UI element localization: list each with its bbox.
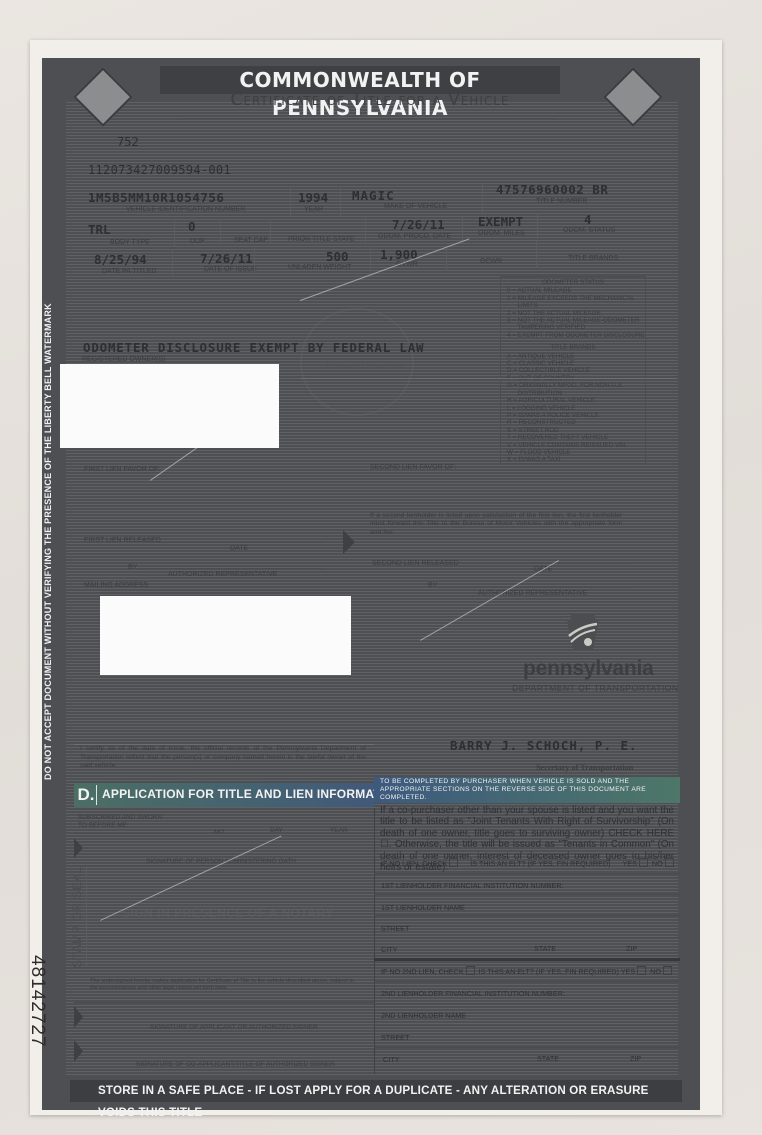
legend-item: A = ANTIQUE VEHICLE: [501, 353, 645, 360]
legend-item: L = LOGGING VEHICLE: [501, 405, 645, 412]
owner-name-redacted: [60, 364, 279, 448]
oath-signature-field[interactable]: [86, 834, 372, 860]
legend-item: TAMPERING VERIFIED: [501, 324, 645, 331]
second-lien-favor-label: SECOND LIEN FAVOR OF:: [370, 464, 456, 471]
applicant-signature-line: [74, 1033, 374, 1034]
second-lien-by-label: BY: [428, 582, 437, 589]
row-line: [374, 1025, 680, 1026]
title-brands-list: A = ANTIQUE VEHICLEC = CLASSIC VEHICLED …: [501, 353, 645, 464]
divider: [254, 248, 255, 274]
first-lien-released-label: FIRST LIEN RELEASED: [84, 537, 161, 544]
registered-owner-label: REGISTERED OWNER(S): [82, 356, 166, 363]
no-2nd-lien-row: IF NO 2ND LIEN, CHECK IS THIS AN ELT? (I…: [381, 966, 677, 976]
legend-item: 2 = NOT THE ACTUAL MILEAGE: [501, 310, 645, 317]
second-lien-fin-label: 2ND LIENHOLDER FINANCIAL INSTITUTION NUM…: [381, 989, 565, 998]
second-lien-street-label: STREET: [381, 1033, 409, 1042]
first-lien-by-line: [138, 568, 324, 569]
date-pa-titled-value: 8/25/94: [94, 252, 147, 267]
divider: [365, 217, 366, 243]
side-warning: DO NOT ACCEPT DOCUMENT WITHOUT VERIFYING…: [43, 303, 53, 780]
legend-item: 0 = ACTUAL MILEAGE: [501, 287, 645, 294]
sig-applicant-label: SIGNATURE OF APPLICANT OR AUTHORIZED SIG…: [150, 1024, 318, 1031]
divider: [370, 246, 371, 272]
legend-item: D = COLLECTIBLE VEHICLE: [501, 367, 645, 374]
odometer-brands-legend: ODOMETER STATUS 0 = ACTUAL MILEAGE1 = MI…: [500, 276, 646, 464]
unladen-weight-label: UNLADEN WEIGHT: [288, 264, 351, 271]
seat-cap-label: SEAT CAP: [234, 237, 268, 244]
certification-text: I certify as of the date of issue, the o…: [80, 745, 366, 771]
gcwr-label: GCWR: [480, 258, 502, 265]
elt-no-label: NO: [652, 859, 663, 868]
second-lien-date-line: [456, 563, 634, 564]
elt-question-2: IS THIS AN ELT? (IF YES, FIN REQUIRED): [479, 967, 619, 976]
first-lien-street-label: STREET: [381, 924, 409, 933]
department-name: DEPARTMENT OF TRANSPORTATION: [512, 683, 679, 693]
secretary-signature: BARRY J. SCHOCH, P. E.: [450, 738, 638, 753]
first-lien-state-label: STATE: [534, 944, 556, 953]
section-d-center-divider: [374, 808, 375, 1074]
legend-item: X = IS/WAS A TAXI: [501, 456, 645, 463]
first-lien-auth-rep: AUTHORIZED REPRESENTATIVE: [168, 571, 277, 578]
office-code: 752: [117, 135, 139, 149]
stamp-or-seal-label: STAMP OR SEAL: [70, 866, 84, 968]
row-line: [374, 1003, 680, 1004]
elt-yes-checkbox[interactable]: [639, 858, 648, 867]
date-pa-titled-label: DATE PA TITLED: [102, 268, 156, 275]
odom-status-label: ODOM. STATUS: [563, 227, 615, 234]
to-before-me: TO BEFORE ME:: [78, 822, 129, 829]
elt-no-checkbox[interactable]: [665, 858, 674, 867]
row-line: [374, 1047, 680, 1048]
elt-no-checkbox-2[interactable]: [663, 966, 672, 975]
application-text: The undersigned hereby makes application…: [90, 978, 354, 992]
legend-item: LIMITS: [501, 302, 645, 309]
title-number-value: 47576960002 BR: [496, 182, 608, 197]
elt-yes-label: YES: [622, 859, 636, 868]
serial-number: 48142727: [26, 955, 48, 1048]
second-lien-by-line: [438, 587, 634, 588]
date-of-issue-label: DATE OF ISSUE: [204, 266, 257, 273]
divider: [537, 213, 538, 239]
notary-watermark: SIGN IN PRESENCE OF A NOTARY: [122, 906, 334, 920]
second-lien-released-label: SECOND LIEN RELEASED: [372, 560, 459, 567]
divider: [270, 219, 271, 245]
penndot-seal: Department of Transportation: [300, 308, 414, 416]
mailing-address-label: MAILING ADDRESS: [84, 582, 148, 589]
odom-miles-label: ODOM. MILES: [478, 230, 525, 237]
row-line: [374, 937, 680, 938]
secretary-title: Secretary of Transportation: [536, 763, 633, 772]
footer-warning: STORE IN A SAFE PLACE - IF LOST APPLY FO…: [70, 1080, 682, 1102]
second-lien-fin-field[interactable]: [566, 983, 676, 1001]
row-line: [374, 1070, 680, 1071]
row-line: [374, 981, 680, 982]
legend-item: 4 = EXEMPT FROM ODOMETER DISCLOSURE: [501, 332, 645, 339]
odometer-notice: ODOMETER DISCLOSURE EXEMPT BY FEDERAL LA…: [83, 340, 424, 355]
lien-separator: [374, 958, 680, 961]
subscribed-sworn: SUBSCRIBED AND SWORN: [78, 814, 162, 821]
elt-no-label-2: NO: [650, 967, 661, 976]
second-lien-name-field[interactable]: [474, 1005, 676, 1023]
second-lien-street-field[interactable]: [420, 1027, 676, 1045]
divider: [536, 241, 537, 267]
first-lien-zip-label: ZIP: [626, 944, 637, 953]
mailing-address-redacted: [100, 596, 351, 675]
penndot-keystone-icon: [563, 612, 603, 652]
second-lien-name-label: 2ND LIENHOLDER NAME: [381, 1011, 466, 1020]
divider: [174, 220, 175, 246]
purchaser-notice: TO BE COMPLETED BY PURCHASER WHEN VEHICL…: [374, 777, 680, 803]
body-type-value: TRL: [88, 222, 111, 237]
first-lien-date-line: [158, 542, 324, 543]
odometer-status-title: ODOMETER STATUS: [501, 279, 645, 286]
stamp-divider: [86, 866, 87, 968]
odom-procd-date-label: ODOM. PROCD. DATE: [378, 233, 451, 240]
first-lien-date-label: DATE: [230, 545, 248, 552]
prior-title-state-label: PRIOR TITLE STATE: [288, 236, 355, 243]
legend-item: R = RECONSTRUCTED: [501, 419, 645, 426]
odom-status-value: 4: [584, 212, 592, 227]
make-value: MAGIC: [352, 188, 395, 203]
odom-procd-date-value: 7/26/11: [392, 217, 445, 232]
first-lien-favor-label: FIRST LIEN FAVOR OF:: [84, 466, 160, 473]
section-d-title: APPLICATION FOR TITLE AND LIEN INFORMATI…: [102, 787, 407, 801]
second-lien-zip-label: ZIP: [630, 1054, 641, 1063]
no-lien-row: IF NO LIEN, CHECK IS THIS AN ELT? (IF YE…: [381, 858, 677, 868]
legend-item: G = ORIGINALLY MFGD. FOR NON-U.S.: [501, 382, 645, 389]
divider: [482, 183, 483, 213]
elt-question: IS THIS AN ELT? (IF YES, FIN REQUIRED): [470, 859, 610, 868]
row-line: [374, 894, 680, 895]
divider: [446, 245, 447, 271]
first-lien-by-label: BY: [128, 564, 137, 571]
legend-item: W = FLOOD VEHICLE: [501, 449, 645, 456]
arrow-right-icon: [74, 1006, 83, 1028]
first-lien-fin-label: 1ST LIENHOLDER FINANCIAL INSTITUTION NUM…: [381, 881, 564, 890]
second-lien-state-label: STATE: [537, 1054, 559, 1063]
divider: [462, 216, 463, 242]
vin-label: VEHICLE IDENTIFICATION NUMBER: [126, 206, 245, 213]
pennsylvania-wordmark: pennsylvania: [523, 657, 654, 681]
legend-item: 1 = MILEAGE EXCEEDS THE MECHANICAL: [501, 295, 645, 302]
legend-item: DISTRIBUTION: [501, 390, 645, 397]
no-lien-label: IF NO LIEN, CHECK: [381, 859, 447, 868]
legend-item: T = RECOVERED THEFT VEHICLE: [501, 434, 645, 441]
first-lien-street-field[interactable]: [420, 917, 676, 935]
no-lien-checkbox[interactable]: [449, 858, 458, 867]
arrow-right-icon: [343, 530, 355, 554]
legend-divider: [501, 341, 645, 342]
unladen-weight-value: 500: [326, 249, 349, 264]
no-2nd-lien-label: IF NO 2ND LIEN, CHECK: [381, 967, 464, 976]
elt-yes-label-2: YES: [621, 967, 635, 976]
elt-yes-checkbox-2[interactable]: [637, 966, 646, 975]
dup-label: DUP: [190, 238, 205, 245]
title-brands-title: TITLE BRANDS: [501, 344, 645, 351]
legend-item: C = CLASSIC VEHICLE: [501, 360, 645, 367]
arrow-right-icon: [74, 838, 83, 858]
legend-item: H = AGRICULTURAL VEHICLE: [501, 397, 645, 404]
row-line: [374, 915, 680, 916]
first-lien-name-field[interactable]: [470, 896, 676, 914]
row-line: [374, 853, 680, 854]
vin-value: 1M5B5MM10R1054756: [88, 190, 224, 205]
second-lien-note: If a second lienholder is listed upon sa…: [370, 512, 622, 537]
legend-item: S = STREET ROD: [501, 427, 645, 434]
arrow-right-icon: [74, 1040, 83, 1062]
odometer-status-list: 0 = ACTUAL MILEAGE1 = MILEAGE EXCEEDS TH…: [501, 287, 645, 339]
dup-value: 0: [188, 219, 196, 234]
title-number-label: TITLE NUMBER: [536, 198, 587, 205]
stamp-bottom-line: [74, 967, 374, 968]
year-label: YEAR: [304, 206, 323, 213]
joint-tenants-checkbox[interactable]: [579, 824, 588, 833]
year-value: 1994: [298, 190, 328, 205]
odom-miles-value: EXEMPT: [478, 214, 523, 229]
owner-rule: [300, 378, 676, 379]
seal-text: Department of Transportation: [326, 364, 404, 370]
first-lien-name-label: 1ST LIENHOLDER NAME: [381, 903, 465, 912]
body-type-label: BODY TYPE: [110, 239, 150, 246]
title-brands-label: TITLE BRANDS: [568, 255, 618, 262]
document-title: Certificate of Title for a Vehicle: [170, 90, 570, 110]
oath-signature-line: [74, 865, 374, 866]
legend-item: P = IS/WAS A POLICE VEHICLE: [501, 412, 645, 419]
legend-item: 3 = NOT THE ACTUAL MILEAGE-ODOMETER: [501, 317, 645, 324]
first-lien-fin-field[interactable]: [560, 875, 676, 893]
legend-item: V = VEHICLE CONTAINS REISSUED VIN: [501, 442, 645, 449]
document-number: 112073427009594-001: [88, 163, 231, 177]
divider: [172, 250, 173, 276]
application-line: [74, 1002, 374, 1003]
row-line: [374, 873, 680, 874]
coapplicant-signature-field[interactable]: [86, 1035, 372, 1061]
divider: [290, 186, 291, 216]
title-underline: [178, 118, 556, 119]
second-lien-city-label: CITY: [383, 1055, 399, 1064]
no-2nd-lien-checkbox[interactable]: [466, 966, 475, 975]
sig-coapplicant-label: SIGNATURE OF CO-APPLICANT/TITLE OF AUTHO…: [136, 1061, 335, 1068]
first-lien-city-label: CITY: [381, 945, 397, 954]
make-label: MAKE OF VEHICLE: [384, 203, 447, 210]
date-of-issue-value: 7/26/11: [200, 251, 253, 266]
section-d-letter: D.: [76, 785, 97, 805]
divider: [220, 219, 221, 245]
divider: [340, 186, 341, 216]
